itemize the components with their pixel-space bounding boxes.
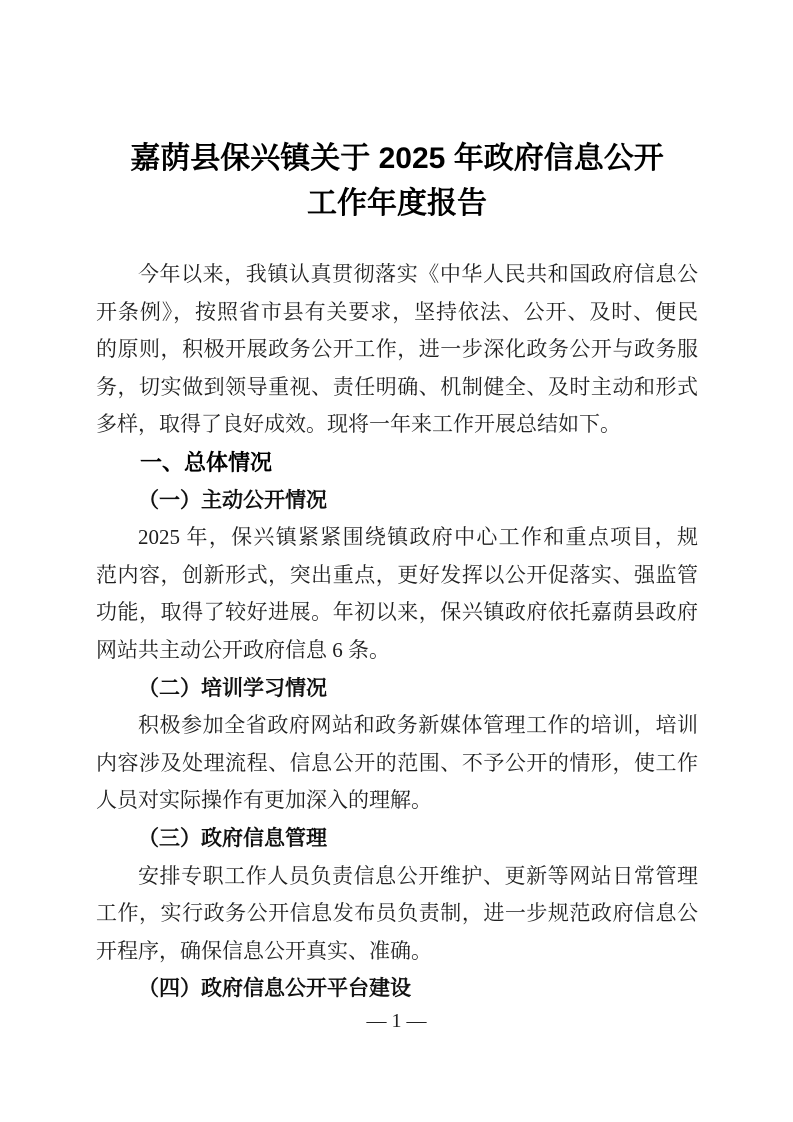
text-line: 积极参加全省政府网站和政务新媒体管理工作的培训，培训	[96, 707, 698, 745]
subsection-heading-info-management: （三）政府信息管理	[96, 820, 698, 858]
subsection-heading-platform: （四）政府信息公开平台建设	[96, 970, 698, 1008]
section-heading-overall: 一、总体情况	[96, 444, 698, 482]
text-line: 的原则，积极开展政务公开工作，进一步深化政务公开与政务服	[96, 331, 698, 369]
text-line: 功能，取得了较好进展。年初以来，保兴镇政府依托嘉荫县政府	[96, 594, 698, 632]
paragraph-training: 积极参加全省政府网站和政务新媒体管理工作的培训，培训 内容涉及处理流程、信息公开…	[96, 707, 698, 820]
subsection-heading-active-disclosure: （一）主动公开情况	[96, 482, 698, 520]
paragraph-active-disclosure: 2025 年，保兴镇紧紧围绕镇政府中心工作和重点项目，规 范内容，创新形式，突出…	[96, 519, 698, 669]
subsection-heading-training: （二）培训学习情况	[96, 670, 698, 708]
text-line: 安排专职工作人员负责信息公开维护、更新等网站日常管理	[96, 858, 698, 896]
document-title-line1: 嘉荫县保兴镇关于 2025 年政府信息公开	[96, 136, 698, 181]
text-line: 2025 年，保兴镇紧紧围绕镇政府中心工作和重点项目，规	[96, 519, 698, 557]
document-body: 今年以来，我镇认真贯彻落实《中华人民共和国政府信息公 开条例》，按照省市县有关要…	[96, 256, 698, 1008]
text-line: 开条例》，按照省市县有关要求，坚持依法、公开、及时、便民	[96, 294, 698, 332]
text-line: 多样，取得了良好成效。现将一年来工作开展总结如下。	[96, 406, 698, 444]
document-title: 嘉荫县保兴镇关于 2025 年政府信息公开 工作年度报告	[96, 136, 698, 226]
text-line: 务，切实做到领导重视、责任明确、机制健全、及时主动和形式	[96, 369, 698, 407]
paragraph-intro: 今年以来，我镇认真贯彻落实《中华人民共和国政府信息公 开条例》，按照省市县有关要…	[96, 256, 698, 444]
paragraph-info-management: 安排专职工作人员负责信息公开维护、更新等网站日常管理 工作，实行政务公开信息发布…	[96, 858, 698, 971]
text-line: 开程序，确保信息公开真实、准确。	[96, 933, 698, 971]
document-page: 嘉荫县保兴镇关于 2025 年政府信息公开 工作年度报告 今年以来，我镇认真贯彻…	[0, 0, 793, 1122]
text-line: 人员对实际操作有更加深入的理解。	[96, 782, 698, 820]
text-line: 今年以来，我镇认真贯彻落实《中华人民共和国政府信息公	[96, 256, 698, 294]
document-title-line2: 工作年度报告	[96, 181, 698, 226]
text-line: 工作，实行政务公开信息发布员负责制，进一步规范政府信息公	[96, 895, 698, 933]
page-number: — 1 —	[0, 1008, 793, 1034]
text-line: 内容涉及处理流程、信息公开的范围、不予公开的情形，使工作	[96, 745, 698, 783]
text-line: 网站共主动公开政府信息 6 条。	[96, 632, 698, 670]
text-line: 范内容，创新形式，突出重点，更好发挥以公开促落实、强监管	[96, 557, 698, 595]
